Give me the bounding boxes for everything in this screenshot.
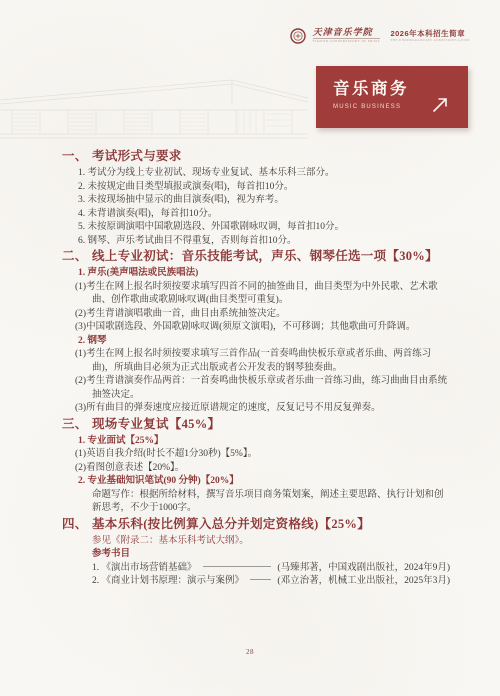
major-banner: 音乐商务 MUSIC BUSINESS [316,66,468,128]
leader-line [203,566,272,567]
list-item: 2. 未按规定曲目类型填报或演奏(唱)，每首扣10分。 [78,181,450,195]
sub-heading: 2. 专业基础知识笔试(90 分钟)【20%】 [78,475,450,489]
list-item: 3. 未按现场抽中显示的曲目演奏(唱)，视为弃考。 [78,194,450,208]
guide-title-block: 2026年本科招生简章 THE UNDERGRADUATE ADMISSIONS… [390,29,470,43]
reference-note: 参见《附录二：基本乐科考试大纲》。 [92,535,450,549]
list-item: (2)考生背谱演奏作品两首：一首奏鸣曲快板乐章或者乐曲一首练习曲，练习曲曲目由系… [75,375,450,402]
list-item: (2)看图创意表述【20%】。 [75,462,450,476]
book-title: 2. 《商业计划书原理：演示与案例》 [92,575,244,589]
section-marker: 四、 [62,516,92,533]
book-entry: 2. 《商业计划书原理：演示与案例》 (邓立治著，机械工业出版社，2025年3月… [92,575,450,589]
list-item: 6. 钢琴、声乐考试曲目不得重复，否则每首扣10分。 [78,235,450,249]
school-name: 天津音乐学院 [313,27,373,37]
building-sketch [0,60,312,144]
section-heading: 三、 现场专业复试【45%】 [62,416,450,433]
page-number: 28 [0,648,500,656]
section-title: 现场专业复试【45%】 [92,416,220,433]
school-seal-icon [290,28,306,44]
book-title: 1. 《演出市场营销基础》 [92,562,197,576]
school-name-en: TIANJIN CONSERVATORY OF MUSIC [313,38,381,44]
section-title: 考试形式与要求 [92,148,182,165]
section-marker: 一、 [62,148,92,165]
sub-heading: 2. 钢琴 [78,335,450,349]
book-publisher: (邓立治著，机械工业出版社，2025年3月) [277,575,450,589]
list-item: 4. 未背谱演奏(唱)，每首扣10分。 [78,208,450,222]
list-item: (2)考生背谱演唱歌曲一首，曲目由系统抽签决定。 [75,308,450,322]
leader-line [250,579,271,580]
section-title: 线上专业初试：音乐技能考试，声乐、钢琴任选一项【30%】 [92,248,438,265]
section-heading: 一、 考试形式与要求 [62,148,450,165]
guide-title-en: THE UNDERGRADUATE ADMISSIONS GUIDE [390,38,470,43]
sub-heading: 1. 专业面试【25%】 [78,435,450,449]
guide-title: 2026年本科招生简章 [390,29,465,38]
section-heading: 二、 线上专业初试：音乐技能考试，声乐、钢琴任选一项【30%】 [62,248,450,265]
section-title: 基本乐科(按比例算入总分并划定资格线)【25%】 [92,516,370,533]
section-basic-music-theory: 四、 基本乐科(按比例算入总分并划定资格线)【25%】 参见《附录二：基本乐科考… [62,516,450,589]
section-marker: 二、 [62,248,92,265]
list-item: 1. 考试分为线上专业初试、现场专业复试、基本乐科三部分。 [78,167,450,181]
list-item: (3)中国歌剧选段、外国歌剧咏叹调(须原文演唱)，不可移调；其他歌曲可升降调。 [75,321,450,335]
page-header: 天津音乐学院 TIANJIN CONSERVATORY OF MUSIC 202… [290,27,470,44]
section-marker: 三、 [62,416,92,433]
section-online-preliminary: 二、 线上专业初试：音乐技能考试，声乐、钢琴任选一项【30%】 1. 声乐(美声… [62,248,450,416]
book-entry: 1. 《演出市场营销基础》 (马臻邦著，中国戏剧出版社，2024年9月) [92,562,450,576]
list-item: (1)考生在网上报名时须按要求填写三首作品(一首奏鸣曲快板乐章或者乐曲、两首练习… [75,348,450,375]
document-body: 一、 考试形式与要求 1. 考试分为线上专业初试、现场专业复试、基本乐科三部分。… [62,148,450,589]
book-publisher: (马臻邦著，中国戏剧出版社，2024年9月) [277,562,450,576]
school-brand: 天津音乐学院 TIANJIN CONSERVATORY OF MUSIC [313,27,381,44]
list-item: (1)考生在网上报名时须按要求填写四首不同的抽签曲目，曲目类型为中外民歌、艺术歌… [75,281,450,308]
section-onsite-final: 三、 现场专业复试【45%】 1. 专业面试【25%】 (1)英语自我介绍(时长… [62,416,450,516]
list-item: 5. 未按原调演唱中国歌剧选段、外国歌剧咏叹调，每首扣10分。 [78,221,450,235]
list-item: (3)所有曲目的弹奏速度应接近原谱规定的速度，反复记号不用反复弹奏。 [75,402,450,416]
paragraph: 命题写作：根据所给材料，撰写音乐项目商务策划案，阐述主要思路、执行计划和创新思考… [92,489,450,516]
arrow-up-right-icon [431,95,450,114]
document-page: { "colors": { "banner_red": "#a03d3b", "… [0,0,500,696]
section-heading: 四、 基本乐科(按比例算入总分并划定资格线)【25%】 [62,516,450,533]
section-exam-format: 一、 考试形式与要求 1. 考试分为线上专业初试、现场专业复试、基本乐科三部分。… [62,148,450,248]
sub-heading: 1. 声乐(美声唱法或民族唱法) [78,267,450,281]
books-heading: 参考书目 [92,548,450,562]
list-item: (1)英语自我介绍(时长不超1分30秒)【5%】。 [75,448,450,462]
